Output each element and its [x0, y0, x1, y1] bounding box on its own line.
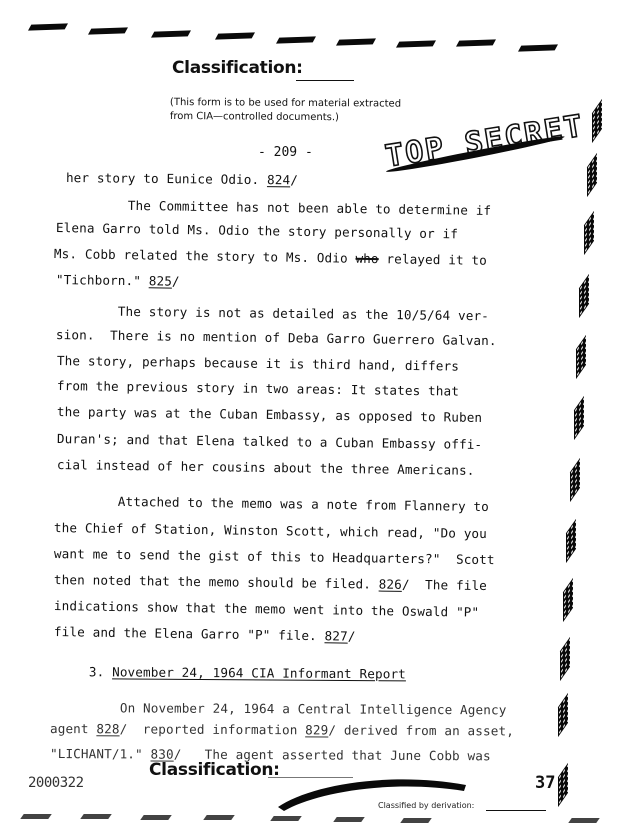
registration-bar — [28, 23, 68, 30]
registration-bar — [276, 36, 316, 43]
bottom-registration-mark — [270, 816, 302, 821]
line-text: On November 24, 1964 a Central Intellige… — [58, 700, 507, 717]
bottom-registration-mark — [400, 818, 432, 823]
body-line: file and the Elena Garro "P" file. 827/ — [54, 624, 356, 644]
body-line: indications show that the memo went into… — [54, 598, 479, 620]
line-text: The story is not as detailed as the 10/5… — [56, 303, 489, 323]
line-text: The Committee has not been able to deter… — [66, 197, 491, 218]
line-text: / reported information — [120, 721, 306, 737]
footnote-ref: 826 — [379, 577, 402, 592]
registration-bar — [215, 32, 255, 39]
registration-bar — [456, 39, 496, 46]
line-text: agent — [50, 721, 96, 736]
line-text: from the previous story in two areas: It… — [57, 378, 459, 399]
side-marker — [560, 637, 570, 681]
sheet-number: 37 — [535, 773, 555, 793]
line-text: sion. There is no mention of Deba Garro … — [56, 327, 497, 348]
line-text: relayed it to — [379, 251, 487, 268]
side-marker — [576, 335, 586, 379]
body-line: The Committee has not been able to deter… — [66, 197, 491, 218]
line-text: indications show that the memo went into… — [54, 598, 479, 620]
line-text: / — [290, 172, 298, 187]
bottom-registration-mark — [140, 815, 172, 820]
line-text: Duran's; and that Elena talked to a Cuba… — [57, 431, 482, 452]
bottom-registration-mark — [80, 814, 112, 819]
body-line: Elena Garro told Ms. Odio the story pers… — [56, 220, 458, 241]
bottom-registration-mark — [20, 814, 52, 819]
line-text: 3. — [58, 664, 112, 679]
line-text: cial instead of her cousins about the th… — [57, 457, 475, 478]
classified-by-label: Classified by derivation: — [378, 801, 474, 810]
line-text: Ms. Cobb related the story to Ms. Odio — [54, 246, 356, 266]
body-line: The story is not as detailed as the 10/5… — [56, 303, 489, 323]
line-text: Elena Garro told Ms. Odio the story pers… — [56, 220, 458, 241]
classified-by-line — [486, 810, 546, 811]
body-line: her story to Eunice Odio. 824/ — [66, 170, 298, 187]
footnote-ref: 825 — [149, 273, 172, 288]
side-marker — [592, 99, 602, 143]
registration-bar — [336, 38, 376, 45]
body-line: Duran's; and that Elena talked to a Cuba… — [57, 431, 482, 452]
line-text: / — [172, 274, 180, 289]
side-marker — [574, 396, 584, 440]
registration-bar — [396, 40, 436, 47]
body-line: from the previous story in two areas: It… — [57, 378, 459, 399]
document-page: Classification: (This form is to be used… — [0, 0, 638, 824]
bottom-registration-mark — [333, 817, 365, 822]
body-line: then noted that the memo should be filed… — [54, 572, 487, 593]
line-text: the Chief of Station, Winston Scott, whi… — [54, 520, 487, 541]
registration-bar — [88, 27, 128, 34]
body-line: want me to send the gist of this to Head… — [54, 546, 495, 567]
line-text: / The file — [402, 577, 487, 593]
document-id: 2000322 — [28, 775, 84, 791]
section-heading: November 24, 1964 CIA Informant Report — [112, 664, 406, 681]
bottom-registration-mark — [203, 815, 235, 820]
line-text: file and the Elena Garro "P" file. — [54, 624, 325, 643]
side-marker — [558, 693, 568, 737]
registration-bar — [151, 30, 191, 37]
line-text: / derived from an asset, — [328, 722, 514, 738]
body-line: "Tichborn." 825/ — [56, 272, 180, 289]
footnote-ref: 828 — [96, 721, 119, 736]
side-marker — [570, 458, 580, 502]
line-text: her story to Eunice Odio. — [66, 170, 267, 187]
line-text: "LICHANT/1." — [50, 746, 151, 762]
footer-side-marker — [558, 763, 568, 807]
side-marker — [584, 211, 594, 255]
registration-bar — [518, 44, 558, 51]
side-marker — [587, 153, 597, 197]
body-line: sion. There is no mention of Deba Garro … — [56, 327, 497, 348]
body-line: On November 24, 1964 a Central Intellige… — [58, 700, 507, 717]
struck-text: who — [355, 251, 378, 266]
footnote-ref: 824 — [267, 172, 290, 187]
footnote-ref: 829 — [305, 722, 328, 737]
side-marker — [579, 274, 589, 318]
footer-classification-label: Classification: — [149, 760, 280, 780]
line-text: then noted that the memo should be filed… — [54, 572, 379, 592]
body-line: the Chief of Station, Winston Scott, whi… — [54, 520, 487, 541]
line-text: The story, perhaps because it is third h… — [57, 353, 459, 374]
body-line: the party was at the Cuban Embassy, as o… — [57, 404, 482, 425]
body-line: The story, perhaps because it is third h… — [57, 353, 459, 374]
line-text: / — [348, 629, 356, 644]
side-marker — [566, 519, 576, 563]
line-text: "Tichborn." — [56, 272, 149, 288]
body-line: agent 828/ reported information 829/ der… — [50, 721, 514, 738]
body-line: cial instead of her cousins about the th… — [57, 457, 475, 478]
line-text: Attached to the memo was a note from Fla… — [56, 493, 489, 514]
body-line: 3. November 24, 1964 CIA Informant Repor… — [58, 664, 406, 681]
header-classification-line — [296, 80, 354, 81]
form-note-line-2: from CIA—controlled documents.) — [170, 110, 401, 126]
side-marker — [563, 578, 573, 622]
footnote-ref: 827 — [324, 628, 347, 643]
body-line: Attached to the memo was a note from Fla… — [56, 493, 489, 514]
line-text: the party was at the Cuban Embassy, as o… — [57, 404, 482, 425]
page-number: - 209 - — [258, 145, 313, 160]
line-text: want me to send the gist of this to Head… — [54, 546, 495, 567]
form-note: (This form is to be used for material ex… — [170, 96, 401, 126]
header-classification-label: Classification: — [172, 58, 303, 78]
body-line: Ms. Cobb related the story to Ms. Odio w… — [54, 246, 487, 268]
bottom-registration-mark — [568, 818, 600, 823]
